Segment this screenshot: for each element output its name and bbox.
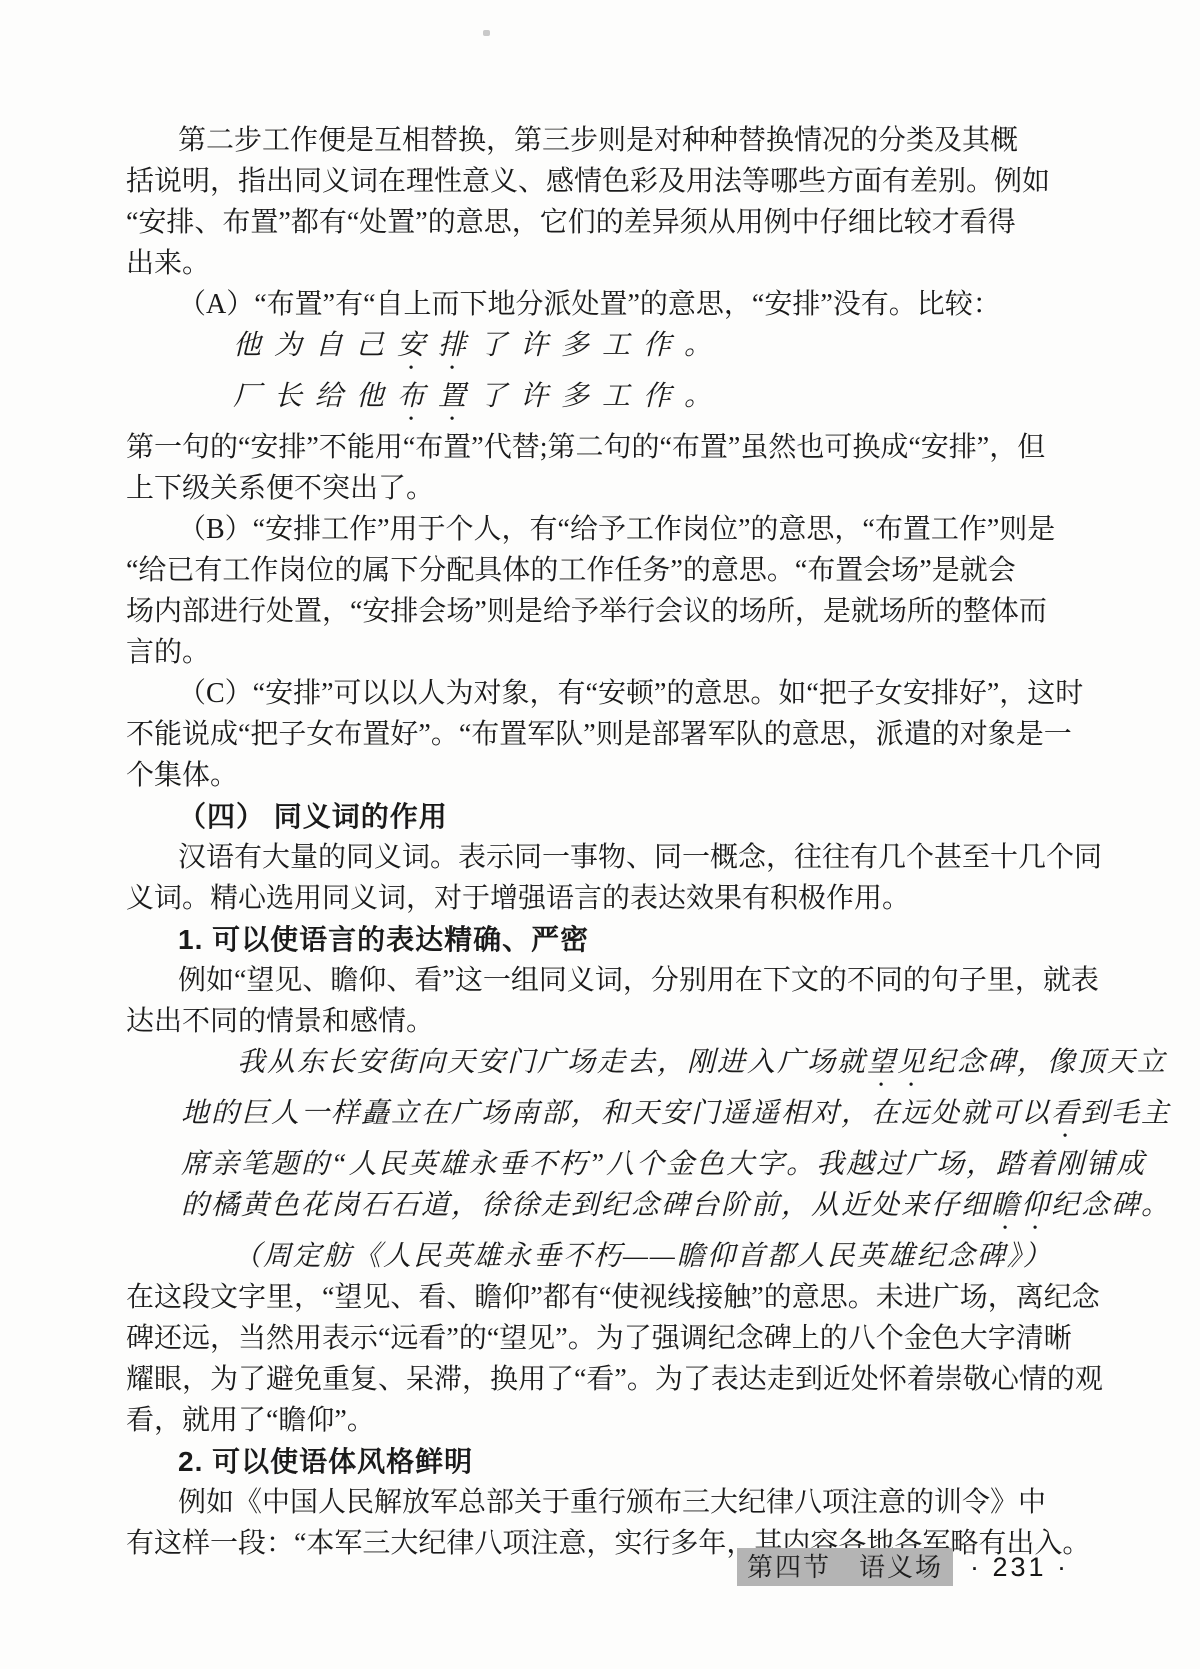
numbered-heading-2: 2. 可以使语体风格鲜明 — [126, 1441, 1116, 1482]
text-line: （B）“安排工作”用于个人，有“给予工作岗位”的意思，“布置工作”则是 — [126, 509, 1116, 550]
section-label: 第四节 语义场 — [737, 1548, 953, 1586]
text-line: 言的。 — [126, 632, 1116, 673]
quote-line: 的橘黄色花岗石石道，徐徐走到纪念碑台阶前，从近处来仔细瞻仰纪念碑。 — [181, 1185, 1116, 1236]
text-line: 括说明，指出同义词在理性意义、感情色彩及用法等哪些方面有差别。例如 — [126, 161, 1116, 202]
text-line: 个集体。 — [126, 755, 1116, 796]
emphasized-word: 看 — [1051, 1098, 1081, 1129]
page-number: · 231 · — [970, 1552, 1069, 1583]
quoted-passage: 我从东长安街向天安门广场走去，刚进入广场就望见纪念碑，像顶天立 地的巨人一样矗立… — [181, 1042, 1116, 1236]
text-line: 义词。精心选用同义词，对于增强语言的表达效果有积极作用。 — [126, 878, 1116, 919]
example-text: 了许多工作。 — [479, 330, 725, 361]
paragraph-analysis: 在这段文字里，“望见、看、瞻仰”都有“使视线接触”的意思。未进广场，离纪念 碑还… — [126, 1277, 1116, 1441]
emphasized-word: 安排 — [397, 330, 479, 361]
text-line: 在这段文字里，“望见、看、瞻仰”都有“使视线接触”的意思。未进广场，离纪念 — [126, 1277, 1116, 1318]
paragraph-hanyu: 汉语有大量的同义词。表示同一事物、同一概念，往往有几个甚至十几个同 义词。精心选… — [126, 837, 1116, 919]
paragraph-intro: 第二步工作便是互相替换，第三步则是对种种替换情况的分类及其概 括说明，指出同义词… — [126, 120, 1116, 284]
emphasized-word: 望见 — [867, 1047, 927, 1078]
text-line: （C）“安排”可以以人为对象，有“安顿”的意思。如“把子女安排好”，这时 — [126, 673, 1116, 714]
text-line: 第一句的“安排”不能用“布置”代替;第二句的“布置”虽然也可换成“安排”，但 — [126, 427, 1116, 468]
text-line: 不能说成“把子女布置好”。“布置军队”则是部署军队的意思，派遣的对象是一 — [126, 714, 1116, 755]
text-line: 例如“望见、瞻仰、看”这一组同义词，分别用在下文的不同的句子里，就表 — [126, 960, 1116, 1001]
text-line: 第二步工作便是互相替换，第三步则是对种种替换情况的分类及其概 — [126, 120, 1116, 161]
text-line: 碑还远，当然用表示“远看”的“望见”。为了强调纪念碑上的八个金色大字清晰 — [126, 1318, 1116, 1359]
emphasized-word: 布置 — [397, 381, 479, 412]
quote-line: 地的巨人一样矗立在广场南部，和天安门遥遥相对，在远处就可以看到毛主 — [181, 1093, 1116, 1144]
quote-text: 到毛主 — [1081, 1098, 1171, 1129]
text-line: 汉语有大量的同义词。表示同一事物、同一概念，往往有几个甚至十几个同 — [126, 837, 1116, 878]
quote-text: 地的巨人一样矗立在广场南部，和天安门遥遥相对，在远处就可以 — [181, 1098, 1051, 1129]
text-line: 达出不同的情景和感情。 — [126, 1001, 1116, 1042]
text-line: 例如《中国人民解放军总部关于重行颁布三大纪律八项注意的训令》中 — [126, 1482, 1116, 1523]
text-line: 场内部进行处置，“安排会场”则是给予举行会议的场所，是就场所的整体而 — [126, 591, 1116, 632]
emphasized-word: 瞻仰 — [991, 1190, 1051, 1221]
page-body: 第二步工作便是互相替换，第三步则是对种种替换情况的分类及其概 括说明，指出同义词… — [126, 120, 1116, 1564]
quote-line: 我从东长安街向天安门广场走去，刚进入广场就望见纪念碑，像顶天立 — [181, 1042, 1116, 1093]
text-line: “安排、布置”都有“处置”的意思，它们的差异须从用例中仔细比较才看得 — [126, 202, 1116, 243]
quote-attribution: （周定舫《人民英雄永垂不朽——瞻仰首都人民英雄纪念碑》） — [233, 1236, 1116, 1277]
quote-text: 纪念碑。 — [1051, 1190, 1171, 1221]
example-text: 他为自己 — [233, 330, 397, 361]
paragraph-example-intro: 例如“望见、瞻仰、看”这一组同义词，分别用在下文的不同的句子里，就表 达出不同的… — [126, 960, 1116, 1042]
page-footer: 第四节 语义场 · 231 · — [737, 1548, 1069, 1586]
example-text: 了许多工作。 — [479, 381, 725, 412]
text-line: （A）“布置”有“自上而下地分派处置”的意思，“安排”没有。比较： — [126, 284, 1116, 325]
text-line: 耀眼，为了避免重复、呆滞，换用了“看”。为了表达走到近处怀着崇敬心情的观 — [126, 1359, 1116, 1400]
section-heading-4: （四） 同义词的作用 — [126, 796, 1116, 837]
text-line: “给已有工作岗位的属下分配具体的工作任务”的意思。“布置会场”是就会 — [126, 550, 1116, 591]
paragraph-item-a-analysis: 第一句的“安排”不能用“布置”代替;第二句的“布置”虽然也可换成“安排”，但 上… — [126, 427, 1116, 509]
quote-text: 的橘黄色花岗石石道，徐徐走到纪念碑台阶前，从近处来仔细 — [181, 1190, 991, 1221]
example-sentence-1: 他为自己安排了许多工作。 — [233, 325, 1116, 376]
example-text: 厂长给他 — [233, 381, 397, 412]
text-line: 上下级关系便不突出了。 — [126, 468, 1116, 509]
example-sentence-2: 厂长给他布置了许多工作。 — [233, 376, 1116, 427]
quote-text: 我从东长安街向天安门广场走去，刚进入广场就 — [237, 1047, 867, 1078]
quote-text: 纪念碑，像顶天立 — [927, 1047, 1167, 1078]
quote-line: 席亲笔题的“人民英雄永垂不朽”八个金色大字。我越过广场，踏着刚铺成 — [181, 1144, 1116, 1185]
paragraph-item-c: （C）“安排”可以以人为对象，有“安顿”的意思。如“把子女安排好”，这时 不能说… — [126, 673, 1116, 796]
paragraph-item-b: （B）“安排工作”用于个人，有“给予工作岗位”的意思，“布置工作”则是 “给已有… — [126, 509, 1116, 673]
text-line: 看，就用了“瞻仰”。 — [126, 1400, 1116, 1441]
paragraph-item-a: （A）“布置”有“自上而下地分派处置”的意思，“安排”没有。比较： — [126, 284, 1116, 325]
numbered-heading-1: 1. 可以使语言的表达精确、严密 — [126, 919, 1116, 960]
scan-speck — [483, 30, 490, 36]
text-line: 出来。 — [126, 243, 1116, 284]
